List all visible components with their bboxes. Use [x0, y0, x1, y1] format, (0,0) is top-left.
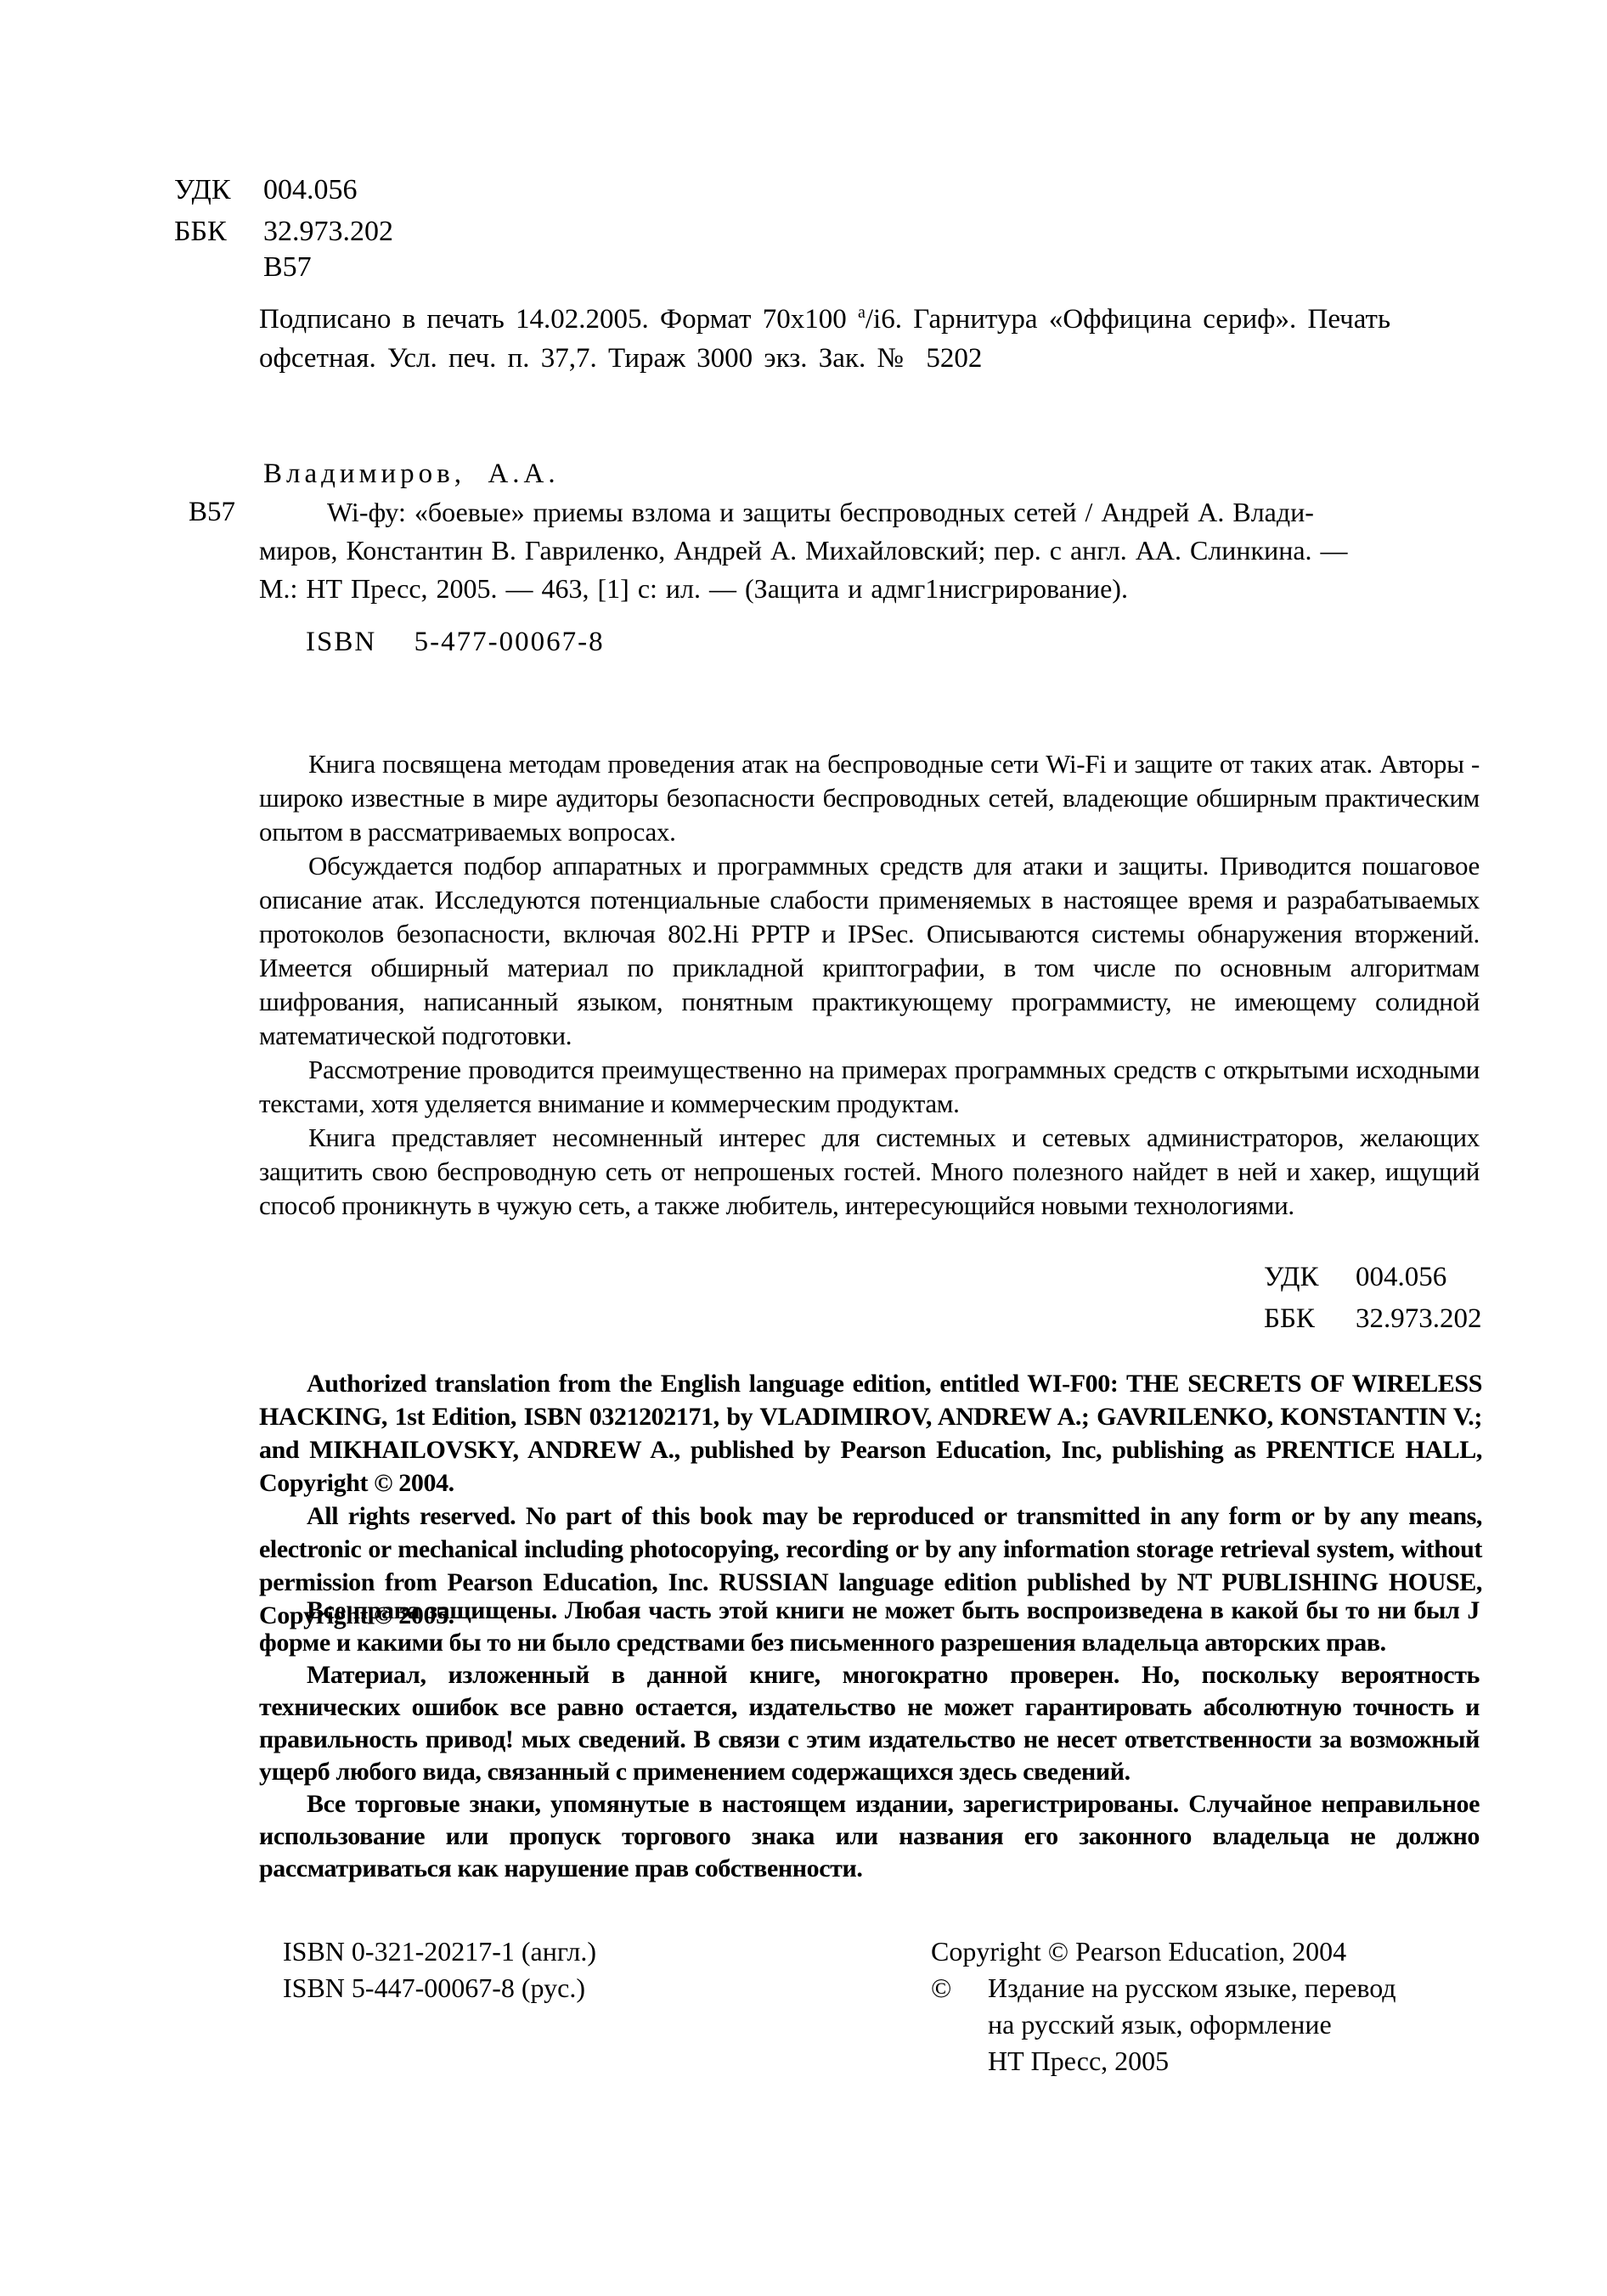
imprint-line-1-text: Подписано в печать 14.02.2005. Формат 70… — [259, 304, 858, 335]
udk-label: УДК — [174, 174, 231, 206]
imprint-line-1-tail: /i6. Гарнитура «Оффицина сериф». Печать — [866, 304, 1390, 335]
catalog-isbn: ISBN 5-477-00067-8 — [306, 627, 605, 658]
catalog-author: Владимиров, А.А. — [263, 459, 560, 490]
classification-udk-value: 004.056 — [1356, 1262, 1446, 1292]
classification-udk-row: УДК004.056 — [1264, 1257, 1482, 1298]
imprint-line-1: Подписано в печать 14.02.2005. Формат 70… — [259, 303, 1390, 335]
russian-notice-block: Все права защищены. Любая часть этой кни… — [259, 1595, 1480, 1885]
russian-notice-paragraph-2: Материал, изложенный в данной книге, мно… — [259, 1659, 1480, 1788]
book-index-top: В57 — [263, 251, 312, 284]
catalog-title-line-3: М.: НТ Пресс, 2005. — 463, [1] с: ил. — … — [259, 573, 1128, 605]
classification-bbk-label: ББК — [1264, 1298, 1356, 1340]
annotation-paragraph-4: Книга представляет несомненный интерес д… — [259, 1121, 1480, 1223]
book-imprint-page: УДК 004.056 ББК 32.973.202 В57 Подписано… — [0, 0, 1607, 2296]
classification-bbk-value: 32.973.202 — [1356, 1303, 1482, 1334]
footer-copyright-english: Copyright © Pearson Education, 2004 — [931, 1936, 1346, 1967]
english-notice-paragraph-1: Authorized translation from the English … — [259, 1367, 1482, 1500]
annotation-paragraph-3: Рассмотрение проводится преимущественно … — [259, 1053, 1480, 1121]
russian-notice-paragraph-3: Все торговые знаки, упомянутые в настоящ… — [259, 1788, 1480, 1885]
footer-copyright-russian-line-2: на русский язык, оформление — [988, 2009, 1332, 2040]
footer-copyright-russian-line-1: Издание на русском языке, перевод — [988, 1972, 1396, 2004]
bbk-label: ББК — [174, 216, 227, 248]
annotation-paragraph-1: Книга посвящена методам проведения атак … — [259, 747, 1480, 849]
annotation-paragraph-2: Обсуждается подбор аппаратных и программ… — [259, 849, 1480, 1053]
footer-isbn-russian: ISBN 5-447-00067-8 (рус.) — [283, 1972, 585, 2004]
classification-udk-label: УДК — [1264, 1257, 1356, 1298]
russian-notice-paragraph-1: Все права защищены. Любая часть этой кни… — [259, 1595, 1480, 1659]
udk-value: 004.056 — [263, 174, 358, 206]
catalog-title-line-2: миров, Константин В. Гавриленко, Андрей … — [259, 535, 1348, 566]
footer-copyright-russian-line-3: НТ Пресс, 2005 — [988, 2046, 1169, 2077]
classification-right-block: УДК004.056 ББК32.973.202 — [1264, 1257, 1482, 1340]
catalog-index: В57 — [189, 497, 235, 528]
imprint-superscript: а — [858, 303, 866, 322]
classification-bbk-row: ББК32.973.202 — [1264, 1298, 1482, 1340]
annotation-block: Книга посвящена методам проведения атак … — [259, 747, 1480, 1223]
bbk-value: 32.973.202 — [263, 216, 393, 248]
english-notice-block: Authorized translation from the English … — [259, 1367, 1482, 1632]
catalog-title-line-1: Wi-фу: «боевые» приемы взлома и защиты б… — [327, 497, 1314, 528]
imprint-line-2: офсетная. Усл. печ. п. 37,7. Тираж 3000 … — [259, 343, 982, 374]
footer-isbn-english: ISBN 0-321-20217-1 (англ.) — [283, 1936, 596, 1967]
footer-copyright-symbol: © — [931, 1972, 951, 2004]
